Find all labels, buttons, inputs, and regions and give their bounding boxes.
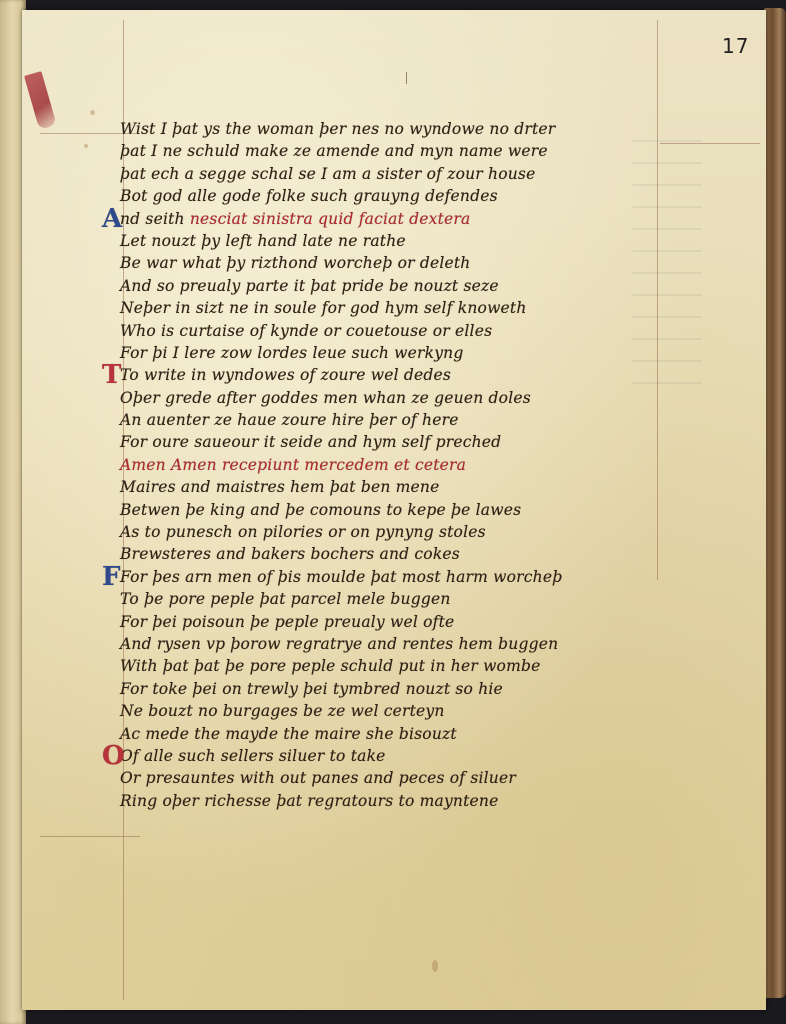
text-line: For toke þei on trewly þei tymbred nouzt…: [120, 678, 710, 700]
text-line: Ne bouzt no burgages be ze wel certeyn: [120, 700, 710, 722]
text-line: Wist I þat ys the woman þer nes no wyndo…: [120, 118, 710, 140]
line-lead: nd seith: [120, 210, 190, 228]
decorated-initial: A: [102, 206, 122, 232]
manuscript-scan: 17 Wist I þat ys the woman þer nes no wy…: [0, 0, 786, 1024]
folio-number: 17: [722, 34, 749, 58]
text-line: Or presauntes with out panes and peces o…: [120, 767, 710, 789]
text-line: As to punesch on pilories or on pynyng s…: [120, 521, 710, 543]
text-line: Be war what þy rizthond worcheþ or delet…: [120, 252, 710, 274]
text-line-with-rubric: A nd seith nesciat sinistra quid faciat …: [120, 208, 710, 230]
decorated-initial: T: [102, 362, 122, 388]
text-line: And rysen vp þorow regratrye and rentes …: [120, 633, 710, 655]
text-line: þat ech a segge schal se I am a sister o…: [120, 163, 710, 185]
stain: [84, 144, 88, 148]
binding-edge: [764, 8, 786, 998]
text-line: And so preualy parte it þat pride be nou…: [120, 275, 710, 297]
text-line: Neþer in sizt ne in soule for god hym se…: [120, 297, 710, 319]
stain: [432, 960, 438, 972]
text-line: F For þes arn men of þis moulde þat most…: [120, 566, 710, 588]
text-line: þat I ne schuld make ze amende and myn n…: [120, 140, 710, 162]
text-line: Maires and maistres hem þat ben mene: [120, 476, 710, 498]
text-line: For þei poisoun þe peple preualy wel oft…: [120, 611, 710, 633]
decorated-initial: O: [102, 743, 125, 769]
text-block: Wist I þat ys the woman þer nes no wyndo…: [120, 118, 710, 812]
rubric-latin: nesciat sinistra quid faciat dextera: [190, 210, 471, 228]
text-line: Bot god alle gode folke such grauyng def…: [120, 185, 710, 207]
stain: [90, 110, 95, 115]
text-line: Oþer grede after goddes men whan ze geue…: [120, 387, 710, 409]
decorated-initial: F: [102, 564, 121, 590]
rubric-line: Amen Amen recepiunt mercedem et cetera: [120, 454, 710, 476]
text-line: O Of alle such sellers siluer to take: [120, 745, 710, 767]
text-line: Ring oþer richesse þat regratours to may…: [120, 790, 710, 812]
text-line: Let nouzt þy left hand late ne rathe: [120, 230, 710, 252]
text-line: For þi I lere zow lordes leue such werky…: [120, 342, 710, 364]
text-line: Brewsteres and bakers bochers and cokes: [120, 543, 710, 565]
text-line: Betwen þe king and þe comouns to kepe þe…: [120, 499, 710, 521]
center-mark: [406, 72, 407, 84]
ruling-bottom-left: [40, 836, 140, 837]
text-line: To þe pore peple þat parcel mele buggen: [120, 588, 710, 610]
text-line: An auenter ze haue zoure hire þer of her…: [120, 409, 710, 431]
text-line: T To write in wyndowes of zoure wel dede…: [120, 364, 710, 386]
text-line: With þat þat þe pore peple schuld put in…: [120, 655, 710, 677]
text-line: For oure saueour it seide and hym self p…: [120, 431, 710, 453]
text-line: Who is curtaise of kynde or couetouse or…: [120, 320, 710, 342]
text-line: Ac mede the mayde the maire she bisouzt: [120, 723, 710, 745]
